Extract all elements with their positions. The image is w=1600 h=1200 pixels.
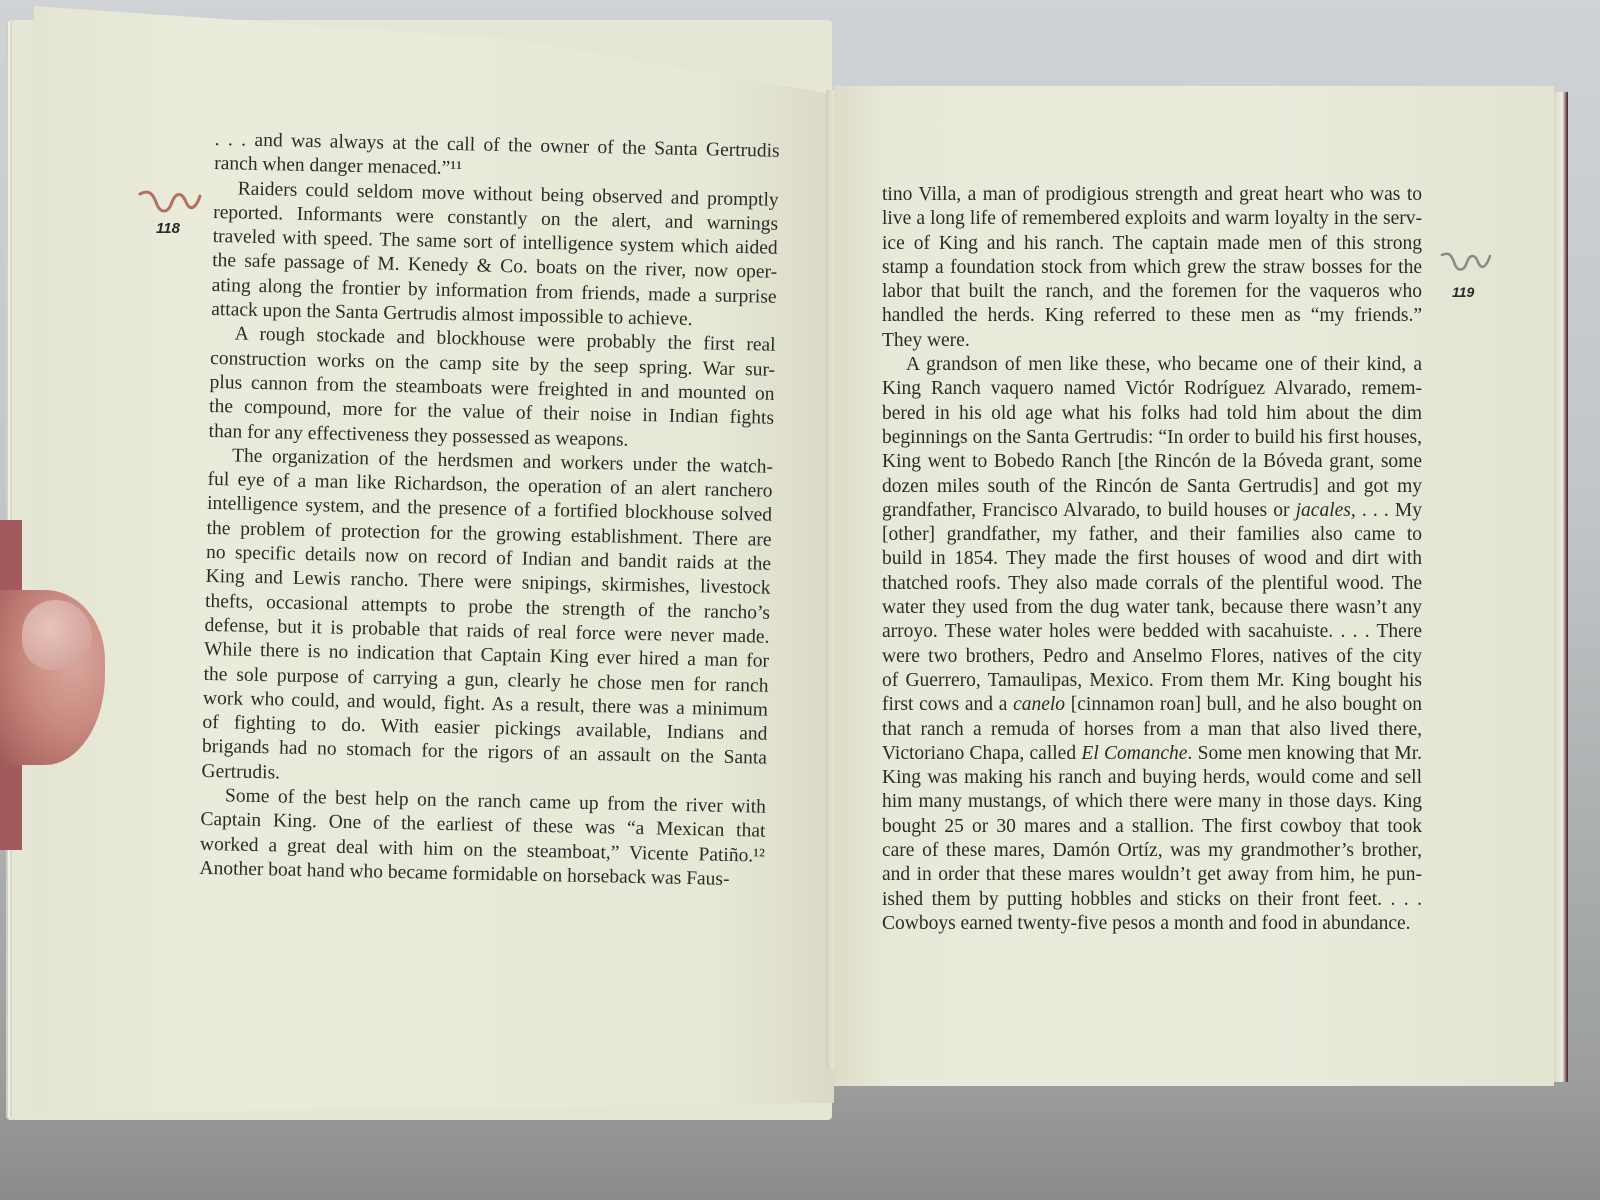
text-line: stamp a foundation stock from which grew… (882, 256, 1422, 280)
page-number-left: 118 (156, 220, 180, 237)
left-page-body: . . . and was always at the call of the … (199, 128, 780, 893)
paragraph: Some of the best help on the ranch came … (199, 784, 766, 893)
page-number-right: 119 (1452, 284, 1474, 300)
text-line: were two brothers, Pedro and Anselmo Flo… (882, 645, 1422, 669)
text-line: care of these mares, Damón Ortíz, was my… (882, 839, 1422, 863)
text-line: live a long life of remembered exploits … (882, 207, 1422, 231)
wave-ornament-icon (1440, 250, 1492, 274)
right-page-body: tino Villa, a man of prodigious strength… (882, 183, 1422, 936)
text-line: King was making his ranch and buying her… (882, 766, 1422, 790)
text-line: that ranch a remuda of horses from a man… (882, 718, 1422, 742)
text-line: thatched roofs. They also made corrals o… (882, 572, 1422, 596)
text-line: King went to Bobedo Ranch [the Rincón de… (882, 450, 1422, 474)
text-line: him many mustangs, of which there were m… (882, 790, 1422, 814)
text-line: Victoriano Chapa, called El Comanche. So… (882, 742, 1422, 766)
text-line: tino Villa, a man of prodigious strength… (882, 183, 1422, 207)
thumbnail (22, 600, 92, 670)
text-line: ice of King and his ranch. The captain m… (882, 232, 1422, 256)
text-line: dozen miles south of the Rincón de Santa… (882, 475, 1422, 499)
text-line: ished them by putting hobbles and sticks… (882, 888, 1422, 912)
text-line: beginnings on the Santa Gertrudis: “In o… (882, 426, 1422, 450)
paragraph: Raiders could seldom move without being … (211, 177, 779, 335)
right-page-edge (1554, 92, 1568, 1082)
text-line: grandfather, Francisco Alvarado, to buil… (882, 499, 1422, 523)
text-line: [other] grandfather, my father, and thei… (882, 523, 1422, 547)
text-line: build in 1854. They made the first house… (882, 547, 1422, 571)
text-line: bought 25 or 30 mares and a stallion. Th… (882, 815, 1422, 839)
text-line: Cowboys earned twenty-five pesos a month… (882, 912, 1422, 936)
text-line: first cows and a canelo [cinnamon roan] … (882, 693, 1422, 717)
text-line: of Guerrero, Tamaulipas, Mexico. From th… (882, 669, 1422, 693)
text-line: They were. (882, 329, 1422, 353)
paragraph: tino Villa, a man of prodigious strength… (882, 183, 1422, 353)
text-line: and in order that these mares wouldn’t g… (882, 863, 1422, 887)
text-line: King Ranch vaquero named Victór Rodrígue… (882, 377, 1422, 401)
paragraph: The organization of the herdsmen and wor… (201, 444, 773, 796)
paragraph: A grandson of men like these, who became… (882, 353, 1422, 936)
text-line: bered in his old age what his folks had … (882, 402, 1422, 426)
text-line: water they used from the dug water tank,… (882, 596, 1422, 620)
paragraph: A rough stockade and blockhouse were pro… (208, 322, 775, 455)
text-line: labor that built the ranch, and the fore… (882, 280, 1422, 304)
wave-ornament-icon (138, 188, 202, 216)
text-line: A grandson of men like these, who became… (882, 353, 1422, 377)
text-line: arroyo. These water holes were bedded wi… (882, 620, 1422, 644)
text-line: handled the herds. King referred to thes… (882, 304, 1422, 328)
